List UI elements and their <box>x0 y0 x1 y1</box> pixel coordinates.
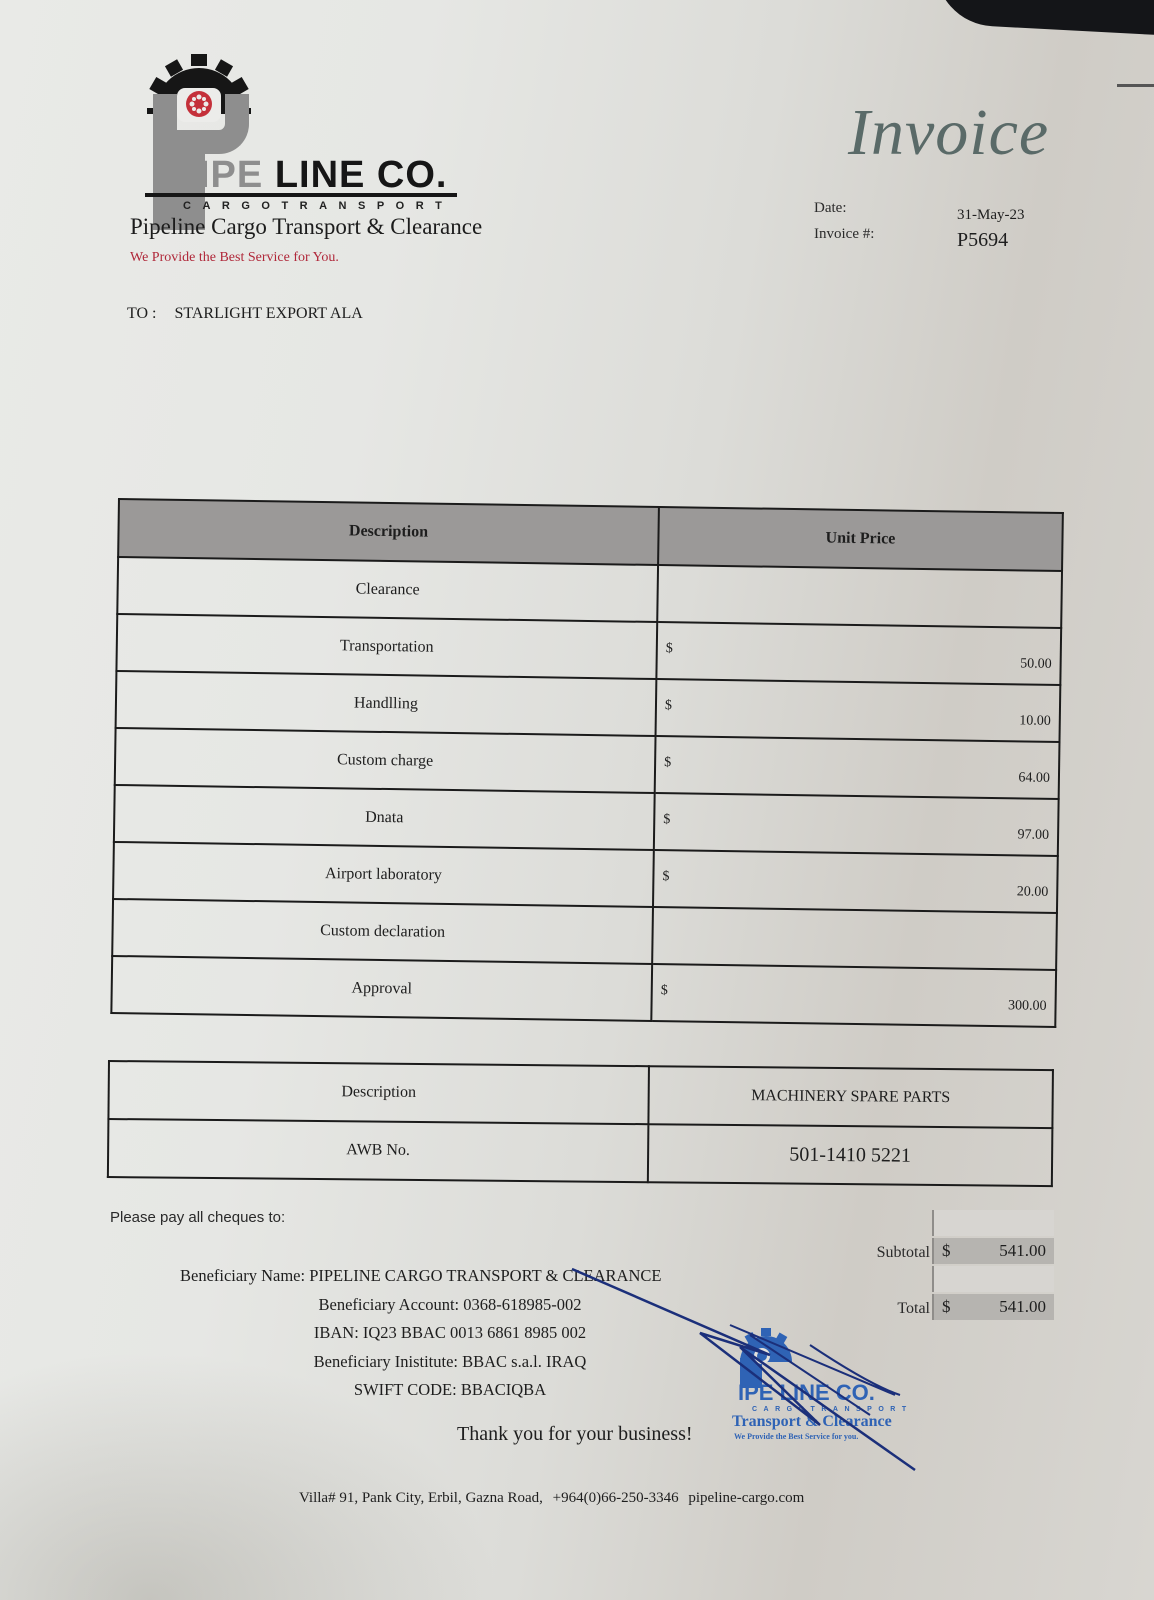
charge-unit-price: $300.00 <box>651 964 1056 1027</box>
currency-symbol: $ <box>666 641 673 657</box>
page-edge-mark <box>1117 84 1154 87</box>
recipient-name: STARLIGHT EXPORT ALA <box>174 305 362 322</box>
currency-symbol: $ <box>664 755 671 771</box>
column-header-unit-price: Unit Price <box>658 507 1063 571</box>
table-row: Description MACHINERY SPARE PARTS <box>108 1061 1053 1128</box>
currency-symbol: $ <box>663 812 670 828</box>
logo-subtitle: CARGOTRANSPORT <box>183 200 453 212</box>
charge-description: Custom charge <box>115 728 656 793</box>
date-value: 31-May-23 <box>957 207 1025 224</box>
charge-unit-price: $97.00 <box>654 793 1059 856</box>
footer-phone: +964(0)66-250-3346 <box>553 1490 679 1506</box>
table-row: AWB No. 501-1410 5221 <box>108 1119 1053 1186</box>
charges-table: Description Unit Price ClearanceTranspor… <box>110 498 1064 1028</box>
company-name: Pipeline Cargo Transport & Clearance <box>130 214 482 240</box>
footer-address: Villa# 91, Pank City, Erbil, Gazna Road, <box>299 1490 543 1506</box>
charge-description: Approval <box>111 956 652 1021</box>
invoice-number-label: Invoice #: <box>814 226 874 243</box>
subtotal-cell: $ 541.00 <box>932 1238 1054 1264</box>
company-tagline: We Provide the Best Service for You. <box>130 250 339 266</box>
recipient-label: TO : <box>127 305 156 322</box>
subtotal-value: 541.00 <box>999 1241 1046 1261</box>
company-logo: IPE LINE CO. CARGOTRANSPORT <box>145 50 465 220</box>
footer-website: pipeline-cargo.com <box>688 1490 804 1506</box>
charge-unit-price: $10.00 <box>656 679 1061 742</box>
totals-spacer <box>870 1210 1054 1238</box>
charge-unit-price: $50.00 <box>656 622 1061 685</box>
total-cell: $ 541.00 <box>932 1294 1054 1320</box>
charge-description: Handlling <box>116 671 657 736</box>
charge-description: Transportation <box>116 614 657 679</box>
charge-amount: 64.00 <box>1018 770 1050 786</box>
shipment-table: Description MACHINERY SPARE PARTS AWB No… <box>107 1060 1054 1187</box>
subtotal-row: Subtotal $ 541.00 <box>870 1238 1054 1266</box>
charge-amount: 50.00 <box>1020 656 1052 672</box>
charge-amount: 300.00 <box>1008 998 1047 1015</box>
awb-value: 501-1410 5221 <box>648 1124 1053 1186</box>
currency-symbol: $ <box>661 983 668 999</box>
subtotal-currency: $ <box>942 1241 951 1261</box>
currency-symbol: $ <box>662 869 669 885</box>
date-label: Date: <box>814 200 846 217</box>
charge-description: Custom declaration <box>112 899 653 964</box>
shipment-description-value: MACHINERY SPARE PARTS <box>648 1066 1053 1128</box>
logo-p-bowl <box>153 94 249 154</box>
logo-wordmark: IPE LINE CO. <box>199 156 448 194</box>
charge-amount: 97.00 <box>1017 827 1049 843</box>
total-value: 541.00 <box>999 1297 1046 1317</box>
subtotal-label: Subtotal <box>877 1244 930 1262</box>
footer-contact: Villa# 91, Pank City, Erbil, Gazna Road,… <box>299 1490 810 1507</box>
totals-blank-cell <box>932 1266 1054 1292</box>
shipment-description-label: Description <box>108 1061 649 1124</box>
totals-blank-cell <box>932 1210 1054 1236</box>
currency-symbol: $ <box>665 698 672 714</box>
charge-amount: 10.00 <box>1019 713 1051 729</box>
charge-unit-price: $20.00 <box>653 850 1058 913</box>
charge-unit-price <box>652 907 1057 970</box>
logo-underline <box>145 193 457 197</box>
recipient: TO : STARLIGHT EXPORT ALA <box>127 305 363 323</box>
invoice-number-value: P5694 <box>957 229 1008 252</box>
charge-description: Dnata <box>114 785 655 850</box>
total-currency: $ <box>942 1297 951 1317</box>
awb-label: AWB No. <box>108 1119 649 1182</box>
charge-description: Clearance <box>117 557 658 622</box>
payment-instructions-label: Please pay all cheques to: <box>110 1209 285 1226</box>
charge-description: Airport laboratory <box>113 842 654 907</box>
charge-unit-price: $64.00 <box>655 736 1060 799</box>
charge-unit-price <box>657 565 1062 628</box>
invoice-title: Invoice <box>848 95 1049 171</box>
background-shadow <box>932 0 1154 37</box>
signature-icon <box>570 1265 930 1485</box>
column-header-description: Description <box>118 499 659 565</box>
charge-amount: 20.00 <box>1017 884 1049 900</box>
